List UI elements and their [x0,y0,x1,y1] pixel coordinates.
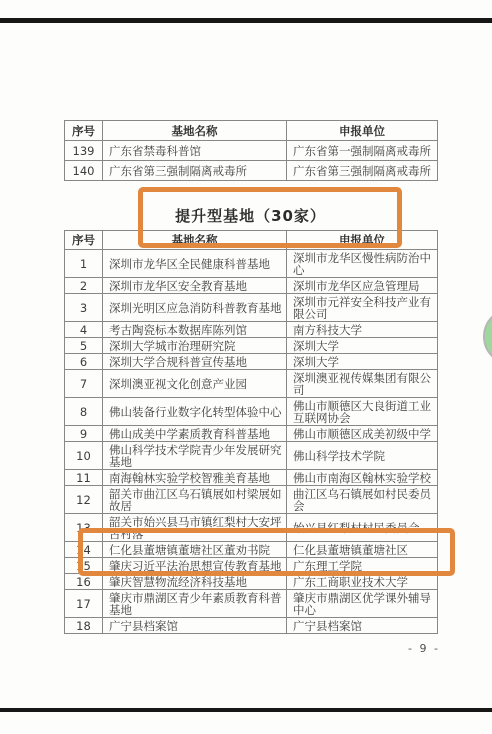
table-row: 14仁化县董塘镇董塘社区董劝书院仁化县董塘镇董塘社区 [65,542,438,558]
document-page: { "document": { "page_number": "- 9 -", … [0,0,492,734]
cell-unit: 南方科技大学 [287,322,438,338]
cell-name: 深圳市龙华区安全教育基地 [103,278,287,294]
cell-no: 2 [65,278,103,294]
cell-unit: 深圳市元祥安全科技产业有限公司 [287,294,438,322]
cell-unit: 仁化县董塘镇董塘社区 [287,542,438,558]
cell-unit: 曲江区乌石镇展如村民委员会 [287,486,438,514]
table-row: 6深圳大学合规科普宣传基地深圳大学 [65,354,438,370]
header-name: 基地名称 [103,121,287,141]
cell-name: 考古陶瓷标本数据库陈列馆 [103,322,287,338]
cell-name: 深圳大学城市治理研究院 [103,338,287,354]
cell-name: 韶关市曲江区乌石镇展如村梁展如故居 [103,486,287,514]
cell-name: 广东省禁毒科普馆 [103,141,287,161]
promotion-table: 序号 基地名称 申报单位 1深圳市龙华区全民健康科普基地深圳市龙华区慢性病防治中… [64,230,438,634]
table-row: 18广宁县档案馆广宁县档案馆 [65,618,438,634]
table-header-row: 序号 基地名称 申报单位 [65,121,438,141]
floating-action-button[interactable] [483,308,492,365]
cell-name: 广宁县档案馆 [103,618,287,634]
page-number: - 9 - [402,642,446,655]
cell-no: 15 [65,558,103,574]
cell-name: 佛山装备行业数字化转型体验中心 [103,398,287,426]
table-row: 1深圳市龙华区全民健康科普基地深圳市龙华区慢性病防治中心 [65,250,438,278]
cell-unit: 佛山市顺德区成美初级中学 [287,426,438,442]
cell-no: 9 [65,426,103,442]
table-row: 8佛山装备行业数字化转型体验中心佛山市顺德区大良街道工业互联网协会 [65,398,438,426]
cell-name: 广东省第三强制隔离戒毒所 [103,161,287,181]
cell-unit: 肇庆市鼎湖区优学课外辅导中心 [287,590,438,618]
table-row: 17肇庆市鼎湖区青少年素质教育科普基地肇庆市鼎湖区优学课外辅导中心 [65,590,438,618]
cell-unit: 深圳市龙华区慢性病防治中心 [287,250,438,278]
cell-no: 10 [65,442,103,470]
cell-unit: 广东理工学院 [287,558,438,574]
cell-no: 12 [65,486,103,514]
cell-no: 1 [65,250,103,278]
cell-no: 3 [65,294,103,322]
cell-name: 南海翰林实验学校智雅美育基地 [103,470,287,486]
cell-no: 5 [65,338,103,354]
cell-unit: 佛山市顺德区大良街道工业互联网协会 [287,398,438,426]
cell-unit: 深圳澳亚视传媒集团有限公司 [287,370,438,398]
table-row: 7深圳澳亚视文化创意产业园深圳澳亚视传媒集团有限公司 [65,370,438,398]
cell-unit: 深圳大学 [287,354,438,370]
table-row: 3深圳光明区应急消防科普教育基地深圳市元祥安全科技产业有限公司 [65,294,438,322]
table-row: 12韶关市曲江区乌石镇展如村梁展如故居曲江区乌石镇展如村民委员会 [65,486,438,514]
table-row: 16肇庆智慧物流经济科技基地广东工商职业技术大学 [65,574,438,590]
cell-name: 韶关市始兴县马市镇红梨村大安坪古村落 [103,514,287,542]
cell-unit: 深圳市龙华区应急管理局 [287,278,438,294]
table-row: 140广东省第三强制隔离戒毒所广东省第三强制隔离戒毒所 [65,161,438,181]
cell-unit: 始兴县红梨村村民委员会 [287,514,438,542]
cell-no: 139 [65,141,103,161]
table-header-row: 序号 基地名称 申报单位 [65,231,438,250]
cell-name: 肇庆习近平法治思想宣传教育基地 [103,558,287,574]
scan-bottom-edge [0,708,492,712]
cell-no: 16 [65,574,103,590]
cell-unit: 深圳大学 [287,338,438,354]
cell-name: 佛山成美中学素质教育科普基地 [103,426,287,442]
cell-name: 佛山科学技术学院青少年发展研究基地 [103,442,287,470]
cell-name: 深圳澳亚视文化创意产业园 [103,370,287,398]
cell-unit: 广宁县档案馆 [287,618,438,634]
cell-no: 13 [65,514,103,542]
header-unit: 申报单位 [287,121,438,141]
table-row: 4考古陶瓷标本数据库陈列馆南方科技大学 [65,322,438,338]
header-no: 序号 [65,231,103,250]
header-no: 序号 [65,121,103,141]
cell-no: 11 [65,470,103,486]
cell-unit: 佛山科学技术学院 [287,442,438,470]
cell-no: 140 [65,161,103,181]
cell-name: 肇庆市鼎湖区青少年素质教育科普基地 [103,590,287,618]
table-row: 10佛山科学技术学院青少年发展研究基地佛山科学技术学院 [65,442,438,470]
cell-no: 17 [65,590,103,618]
cell-name: 深圳市龙华区全民健康科普基地 [103,250,287,278]
cell-no: 14 [65,542,103,558]
cell-name: 深圳大学合规科普宣传基地 [103,354,287,370]
table-row: 139广东省禁毒科普馆广东省第一强制隔离戒毒所 [65,141,438,161]
table-row: 11南海翰林实验学校智雅美育基地佛山市南海区翰林实验学校 [65,470,438,486]
cell-name: 仁化县董塘镇董塘社区董劝书院 [103,542,287,558]
table-row: 5深圳大学城市治理研究院深圳大学 [65,338,438,354]
header-unit: 申报单位 [287,231,438,250]
scan-top-edge [0,18,492,23]
table-row: 2深圳市龙华区安全教育基地深圳市龙华区应急管理局 [65,278,438,294]
cell-unit: 广东省第三强制隔离戒毒所 [287,161,438,181]
section-title: 提升型基地（30家） [64,205,437,226]
header-name: 基地名称 [103,231,287,250]
table-row: 15肇庆习近平法治思想宣传教育基地广东理工学院 [65,558,438,574]
cell-name: 深圳光明区应急消防科普教育基地 [103,294,287,322]
cell-unit: 广东工商职业技术大学 [287,574,438,590]
cell-unit: 佛山市南海区翰林实验学校 [287,470,438,486]
cell-name: 肇庆智慧物流经济科技基地 [103,574,287,590]
table-row: 9佛山成美中学素质教育科普基地佛山市顺德区成美初级中学 [65,426,438,442]
cell-no: 6 [65,354,103,370]
cell-unit: 广东省第一强制隔离戒毒所 [287,141,438,161]
cell-no: 18 [65,618,103,634]
continuation-table: 序号 基地名称 申报单位 139广东省禁毒科普馆广东省第一强制隔离戒毒所140广… [64,120,438,181]
cell-no: 7 [65,370,103,398]
cell-no: 8 [65,398,103,426]
cell-no: 4 [65,322,103,338]
table-row: 13韶关市始兴县马市镇红梨村大安坪古村落始兴县红梨村村民委员会 [65,514,438,542]
